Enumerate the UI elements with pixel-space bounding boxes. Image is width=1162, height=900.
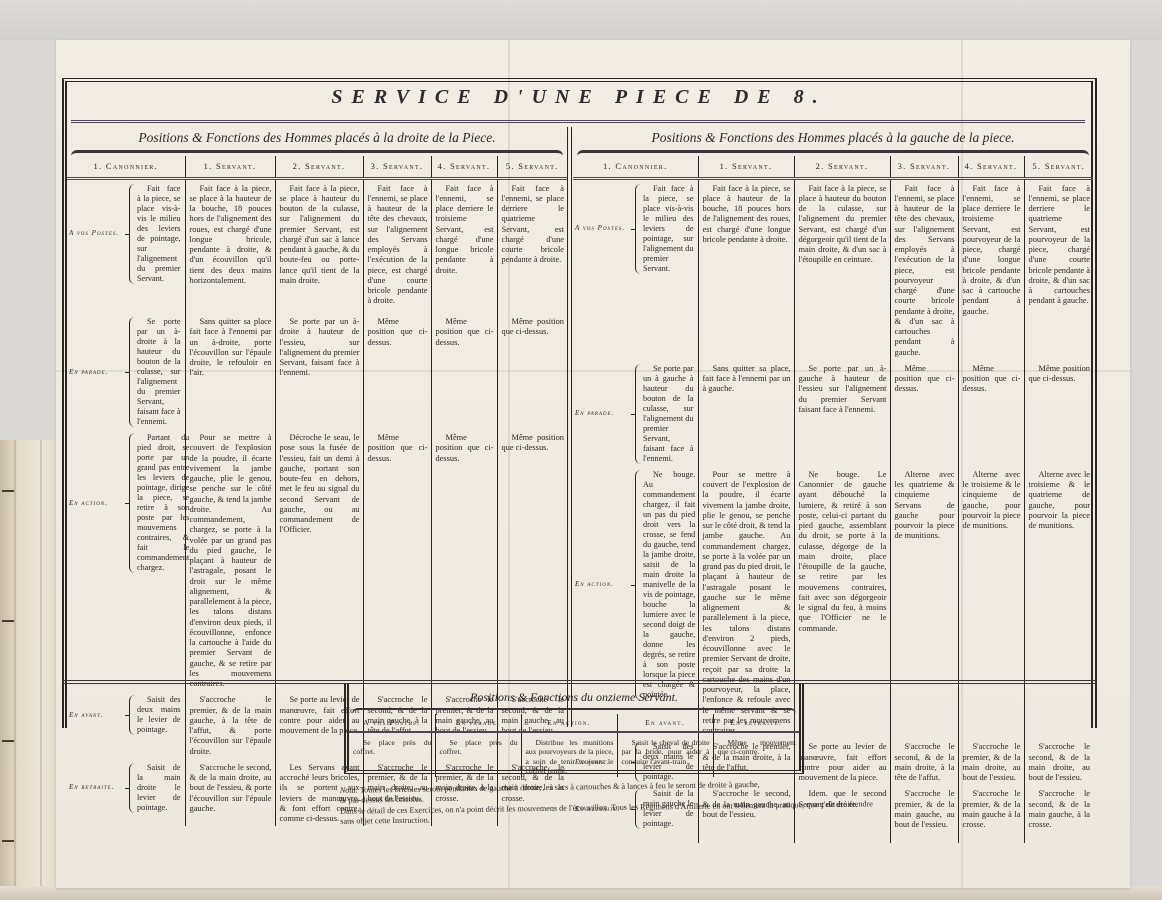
brace-icon bbox=[129, 695, 135, 735]
binding-stitch bbox=[2, 840, 14, 842]
table-cell: Alterne avec les quatrieme & cinquieme S… bbox=[895, 470, 955, 542]
right-side-crew-section: Positions & Fonctions des Hommes placés … bbox=[67, 124, 567, 724]
column-header: 1. Canonnier. bbox=[67, 156, 185, 178]
table-cell: Sans quitter sa place fait face à l'enne… bbox=[190, 317, 272, 379]
eleventh-servant-box: Positions & Fonctions du onzieme Servant… bbox=[344, 684, 804, 774]
brace-icon bbox=[129, 763, 135, 813]
page-fold bbox=[14, 440, 16, 900]
photo-backdrop bbox=[0, 0, 1162, 40]
table-cell: Fait face à la piece, se place vis-à-vis… bbox=[137, 184, 181, 284]
table-cell: Même position que ci-dessus. bbox=[436, 433, 494, 464]
table-cell: S'accroche le second, & de la main droit… bbox=[1029, 742, 1091, 783]
table-cell: S'accroche le second, & de la main gauch… bbox=[1029, 789, 1091, 830]
brace-icon bbox=[129, 433, 135, 573]
column-header: 2. Servant. bbox=[275, 156, 363, 178]
column-header: En retraite. bbox=[713, 714, 799, 732]
eleventh-servant-table: A vos Postes. En parade. En action. En a… bbox=[349, 714, 799, 777]
section-heading: Positions & Fonctions des Hommes placés … bbox=[573, 124, 1093, 150]
table-cell: Se place près du coffret. bbox=[440, 738, 518, 757]
binding-stitch bbox=[2, 620, 14, 622]
column-header: 5. Servant. bbox=[1024, 156, 1093, 178]
row-label: En action. bbox=[573, 580, 635, 589]
table-cell: Même position que ci-dessus. bbox=[368, 433, 428, 464]
row-label: En parade. bbox=[67, 368, 129, 377]
table-frame: SERVICE D'UNE PIECE DE 8. Positions & Fo… bbox=[62, 78, 1097, 728]
column-header: 4. Servant. bbox=[958, 156, 1024, 178]
table-cell: Même position que ci-dessus. bbox=[436, 317, 494, 348]
table-cell: Se porte par un à-droite à la hauteur du… bbox=[137, 317, 181, 427]
column-header: 4. Servant. bbox=[431, 156, 497, 178]
row-label: En avant. bbox=[67, 711, 129, 720]
table-cell: Alterne avec le troisieme & le quatrieme… bbox=[1029, 470, 1091, 532]
table-cell: Saisit de la main droite le levier de po… bbox=[137, 763, 181, 813]
note-lead: Nota. bbox=[340, 786, 358, 795]
table-cell: S'accroche le premier, & de la main gauc… bbox=[963, 789, 1021, 830]
table-cell: Distribue les munitions aux pourvoyeurs … bbox=[526, 738, 614, 775]
table-cell: Même position que ci-dessus. bbox=[963, 364, 1021, 395]
table-cell: Même mouvement que ci-contre. bbox=[718, 738, 797, 757]
table-cell: Saisit des deux mains le levier de point… bbox=[137, 695, 181, 735]
brace-icon bbox=[635, 364, 641, 464]
column-header: En action. bbox=[521, 714, 617, 732]
table-cell: Se porte par un à-gauche à hauteur de l'… bbox=[799, 364, 887, 415]
table-cell: Fait face à l'ennemi, se place à hauteur… bbox=[368, 184, 428, 307]
table-cell: Ne bouge. Au commandement chargez, il fa… bbox=[643, 470, 695, 700]
column-header: 2. Servant. bbox=[794, 156, 890, 178]
table-cell: Fait face à la piece, se place vis-à-vis… bbox=[643, 184, 694, 274]
binding-stitch bbox=[2, 740, 14, 742]
column-header: En avant. bbox=[617, 714, 713, 732]
table-cell: S'accroche le premier, & de la main gauc… bbox=[190, 695, 272, 757]
title-rule bbox=[71, 120, 1085, 123]
table-cell: Même position que ci-dessus. bbox=[368, 317, 428, 348]
column-header: 1. Servant. bbox=[185, 156, 275, 178]
folded-plate: SERVICE D'UNE PIECE DE 8. Positions & Fo… bbox=[56, 40, 1130, 888]
column-header: A vos Postes. bbox=[349, 714, 435, 732]
table-header-row: A vos Postes. En parade. En action. En a… bbox=[349, 714, 799, 732]
center-divider bbox=[567, 127, 572, 727]
footnote: Nota. Toutes les bricoles seront pendant… bbox=[340, 778, 881, 827]
brace-icon bbox=[129, 184, 135, 284]
table-cell: Fait face à la piece, se place à hauteur… bbox=[703, 184, 791, 246]
column-header: 1. Servant. bbox=[698, 156, 794, 178]
column-header: 1. Canonnier. bbox=[573, 156, 698, 178]
table-cell: Se porte par un à-droite à hauteur de l'… bbox=[280, 317, 360, 379]
table-cell: Saisit le cheval de droite par la bride,… bbox=[622, 738, 710, 766]
page-title: SERVICE D'UNE PIECE DE 8. bbox=[67, 86, 1091, 109]
table-cell: Fait face à la piece, se place à la haut… bbox=[190, 184, 272, 287]
section-heading: Positions & Fonctions du onzieme Servant… bbox=[349, 684, 799, 708]
row-label: En action. bbox=[67, 499, 129, 508]
table-cell: Partant du pied droit, se porte par un g… bbox=[137, 433, 189, 573]
table-cell: Fait face à l'ennemi, se place à hauteur… bbox=[895, 184, 955, 358]
table-cell: Ne bouge. Le Canonnier de gauche ayant d… bbox=[799, 470, 887, 634]
row-label: A vos Postes. bbox=[573, 224, 635, 233]
table-cell: Fait face à la piece, se place à hauteur… bbox=[799, 184, 887, 266]
binding-stitch bbox=[2, 490, 14, 492]
table-row: En parade.Se porte par un à-droite à la … bbox=[67, 313, 567, 429]
table-row: A vos Postes.Fait face à la piece, se pl… bbox=[573, 178, 1093, 360]
table-cell: S'accroche le second, & de la main droit… bbox=[895, 742, 955, 783]
table-row: Se place près du coffret. Se place près … bbox=[349, 732, 799, 777]
table-cell: Décroche le seau, le pose sous la fusée … bbox=[280, 433, 360, 536]
row-label: En parade. bbox=[573, 409, 635, 418]
table-cell: Fait face à l'ennemi, se place derriere … bbox=[963, 184, 1021, 317]
column-header: En parade. bbox=[435, 714, 521, 732]
table-cell: Même position que ci-dessus. bbox=[502, 317, 565, 338]
table-cell: Se place près du coffret. bbox=[353, 738, 432, 757]
table-cell: Fait face à l'ennemi, se place derriere … bbox=[1029, 184, 1091, 307]
table-cell: Même position que ci-dessus. bbox=[895, 364, 955, 395]
column-header: 3. Servant. bbox=[890, 156, 958, 178]
table-cell: Sans quitter sa place, fait face à l'enn… bbox=[703, 364, 791, 395]
book-edge bbox=[0, 886, 1162, 900]
table-cell: Se porte par un à gauche à hauteur du bo… bbox=[643, 364, 694, 464]
table-cell: Fait face à l'ennemi, se place derriere … bbox=[436, 184, 494, 276]
table-row: En parade.Se porte par un à gauche à hau… bbox=[573, 360, 1093, 466]
column-header: 5. Servant. bbox=[497, 156, 567, 178]
table-header-row: 1. Canonnier. 1. Servant. 2. Servant. 3.… bbox=[67, 156, 567, 178]
brace-icon bbox=[635, 184, 641, 274]
table-cell: S'accroche le second, & de la main droit… bbox=[190, 763, 272, 814]
row-label: A vos Postes. bbox=[67, 229, 129, 238]
table-cell: Se porte au levier de manœuvre, fait eff… bbox=[799, 742, 887, 783]
table-cell: Même position que ci-dessus. bbox=[1029, 364, 1091, 385]
table-cell: Alterne avec le troisieme & le cinquieme… bbox=[963, 470, 1021, 532]
table-cell: Pour se mettre à couvert de l'explosion … bbox=[190, 433, 272, 689]
table-cell: Fait face à l'ennemi, se place derriere … bbox=[502, 184, 565, 266]
left-side-crew-section: Positions & Fonctions des Hommes placés … bbox=[573, 124, 1093, 724]
section-heading: Positions & Fonctions des Hommes placés … bbox=[67, 124, 567, 150]
table-cell: S'accroche le premier, & de la main droi… bbox=[963, 742, 1021, 783]
brace-icon bbox=[129, 317, 135, 427]
row-label: En retraite. bbox=[67, 783, 129, 792]
table-header-row: 1. Canonnier. 1. Servant. 2. Servant. 3.… bbox=[573, 156, 1093, 178]
table-cell: Même position que ci-dessus. bbox=[502, 433, 565, 454]
brace-icon bbox=[635, 470, 641, 700]
table-cell: S'accroche le premier, & de la main gauc… bbox=[895, 789, 955, 830]
table-row: En action.Partant du pied droit, se port… bbox=[67, 429, 567, 691]
table-cell: Fait face à la piece, se place à hauteur… bbox=[280, 184, 360, 287]
table-row: A vos Postes.Fait face à la piece, se pl… bbox=[67, 178, 567, 313]
column-header: 3. Servant. bbox=[363, 156, 431, 178]
page-fold bbox=[40, 440, 42, 900]
